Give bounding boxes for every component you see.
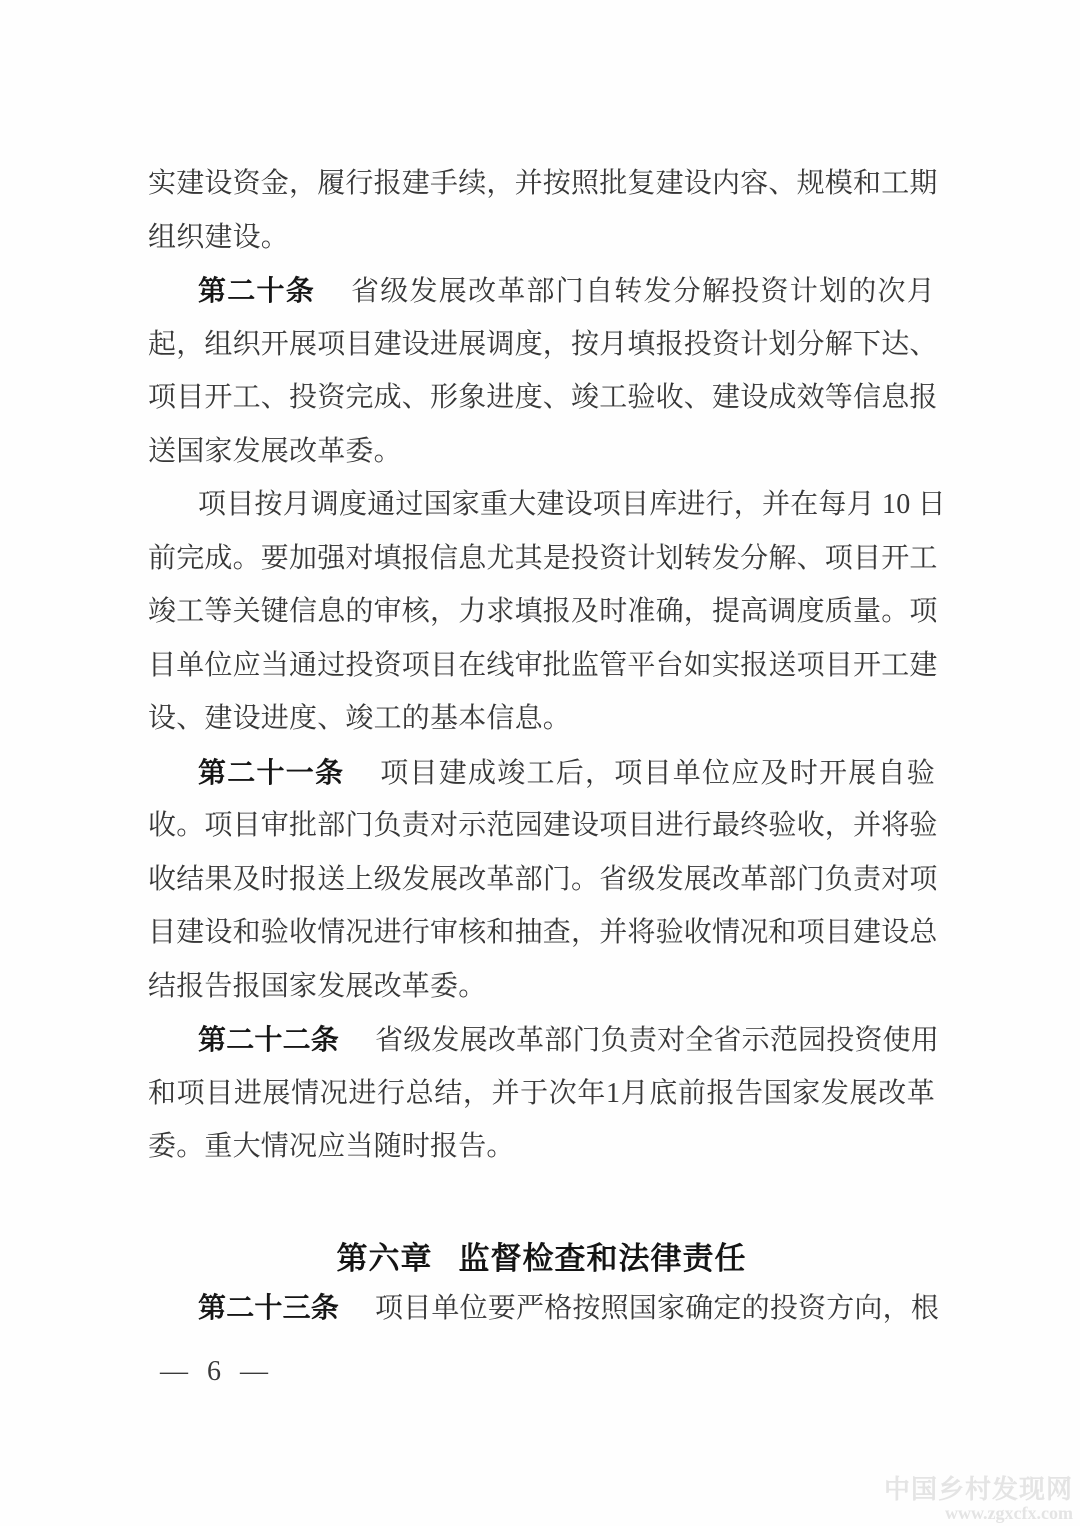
- article-20-number: 第二十条: [198, 275, 315, 306]
- watermark-site-url: www.zgxcfx.com: [884, 1504, 1073, 1523]
- text-line: 第二十条省级发展改革部门自转发分解投资计划的次月: [148, 264, 935, 318]
- chapter-heading: 第六章监督检查和法律责任: [148, 1237, 935, 1281]
- text-line: 委。重大情况应当随时报告。: [148, 1120, 935, 1174]
- chapter-number: 第六章: [337, 1241, 433, 1276]
- text-line: 结报告报国家发展改革委。: [148, 960, 935, 1014]
- article-22-number: 第二十二条: [198, 1024, 339, 1055]
- text-line: 竣工等关键信息的审核，力求填报及时准确，提高调度质量。项: [148, 585, 935, 639]
- text-line: 设、建设进度、竣工的基本信息。: [148, 692, 935, 746]
- document-body: 实建设资金，履行报建手续，并按照批复建设内容、规模和工期 组织建设。 第二十条省…: [148, 157, 935, 1334]
- text-line: 送国家发展改革委。: [148, 425, 935, 479]
- text-line: 项目按月调度通过国家重大建设项目库进行，并在每月 10 日: [148, 478, 935, 532]
- text-line: 起，组织开展项目建设进展调度，按月填报投资计划分解下达、: [148, 318, 935, 372]
- text-line: 前完成。要加强对填报信息尤其是投资计划转发分解、项目开工: [148, 532, 935, 586]
- chapter-title: 监督检查和法律责任: [459, 1241, 747, 1276]
- text-line: 收。项目审批部门负责对示范园建设项目进行最终验收，并将验: [148, 799, 935, 853]
- text-line: 收结果及时报送上级发展改革部门。省级发展改革部门负责对项: [148, 853, 935, 907]
- watermark-site-name: 中国乡村发现网: [884, 1476, 1073, 1504]
- article-text: 项目建成竣工后，项目单位应及时开展自验: [380, 758, 935, 789]
- text-line: 第二十三条项目单位要严格按照国家确定的投资方向，根: [148, 1281, 935, 1335]
- text-line: 和项目进展情况进行总结，并于次年1月底前报告国家发展改革: [148, 1067, 935, 1121]
- article-text: 省级发展改革部门负责对全省示范园投资使用: [375, 1025, 939, 1056]
- watermark: 中国乡村发现网 www.zgxcfx.com: [884, 1476, 1073, 1523]
- text-line: 第二十二条省级发展改革部门负责对全省示范园投资使用: [148, 1013, 935, 1067]
- page-number: — 6 —: [160, 1356, 274, 1388]
- article-text: 项目单位要严格按照国家确定的投资方向，根: [375, 1293, 939, 1324]
- text-line: 第二十一条项目建成竣工后，项目单位应及时开展自验: [148, 746, 935, 800]
- text-line: 组织建设。: [148, 211, 935, 265]
- article-text: 省级发展改革部门自转发分解投资计划的次月: [351, 276, 935, 307]
- article-21-number: 第二十一条: [198, 757, 344, 788]
- text-line: 目单位应当通过投资项目在线审批监管平台如实报送项目开工建: [148, 639, 935, 693]
- article-23-number: 第二十三条: [198, 1292, 339, 1323]
- text-line: 目建设和验收情况进行审核和抽查，并将验收情况和项目建设总: [148, 906, 935, 960]
- text-line: 实建设资金，履行报建手续，并按照批复建设内容、规模和工期: [148, 157, 935, 211]
- text-line: 项目开工、投资完成、形象进度、竣工验收、建设成效等信息报: [148, 371, 935, 425]
- document-page: 实建设资金，履行报建手续，并按照批复建设内容、规模和工期 组织建设。 第二十条省…: [0, 0, 1080, 1526]
